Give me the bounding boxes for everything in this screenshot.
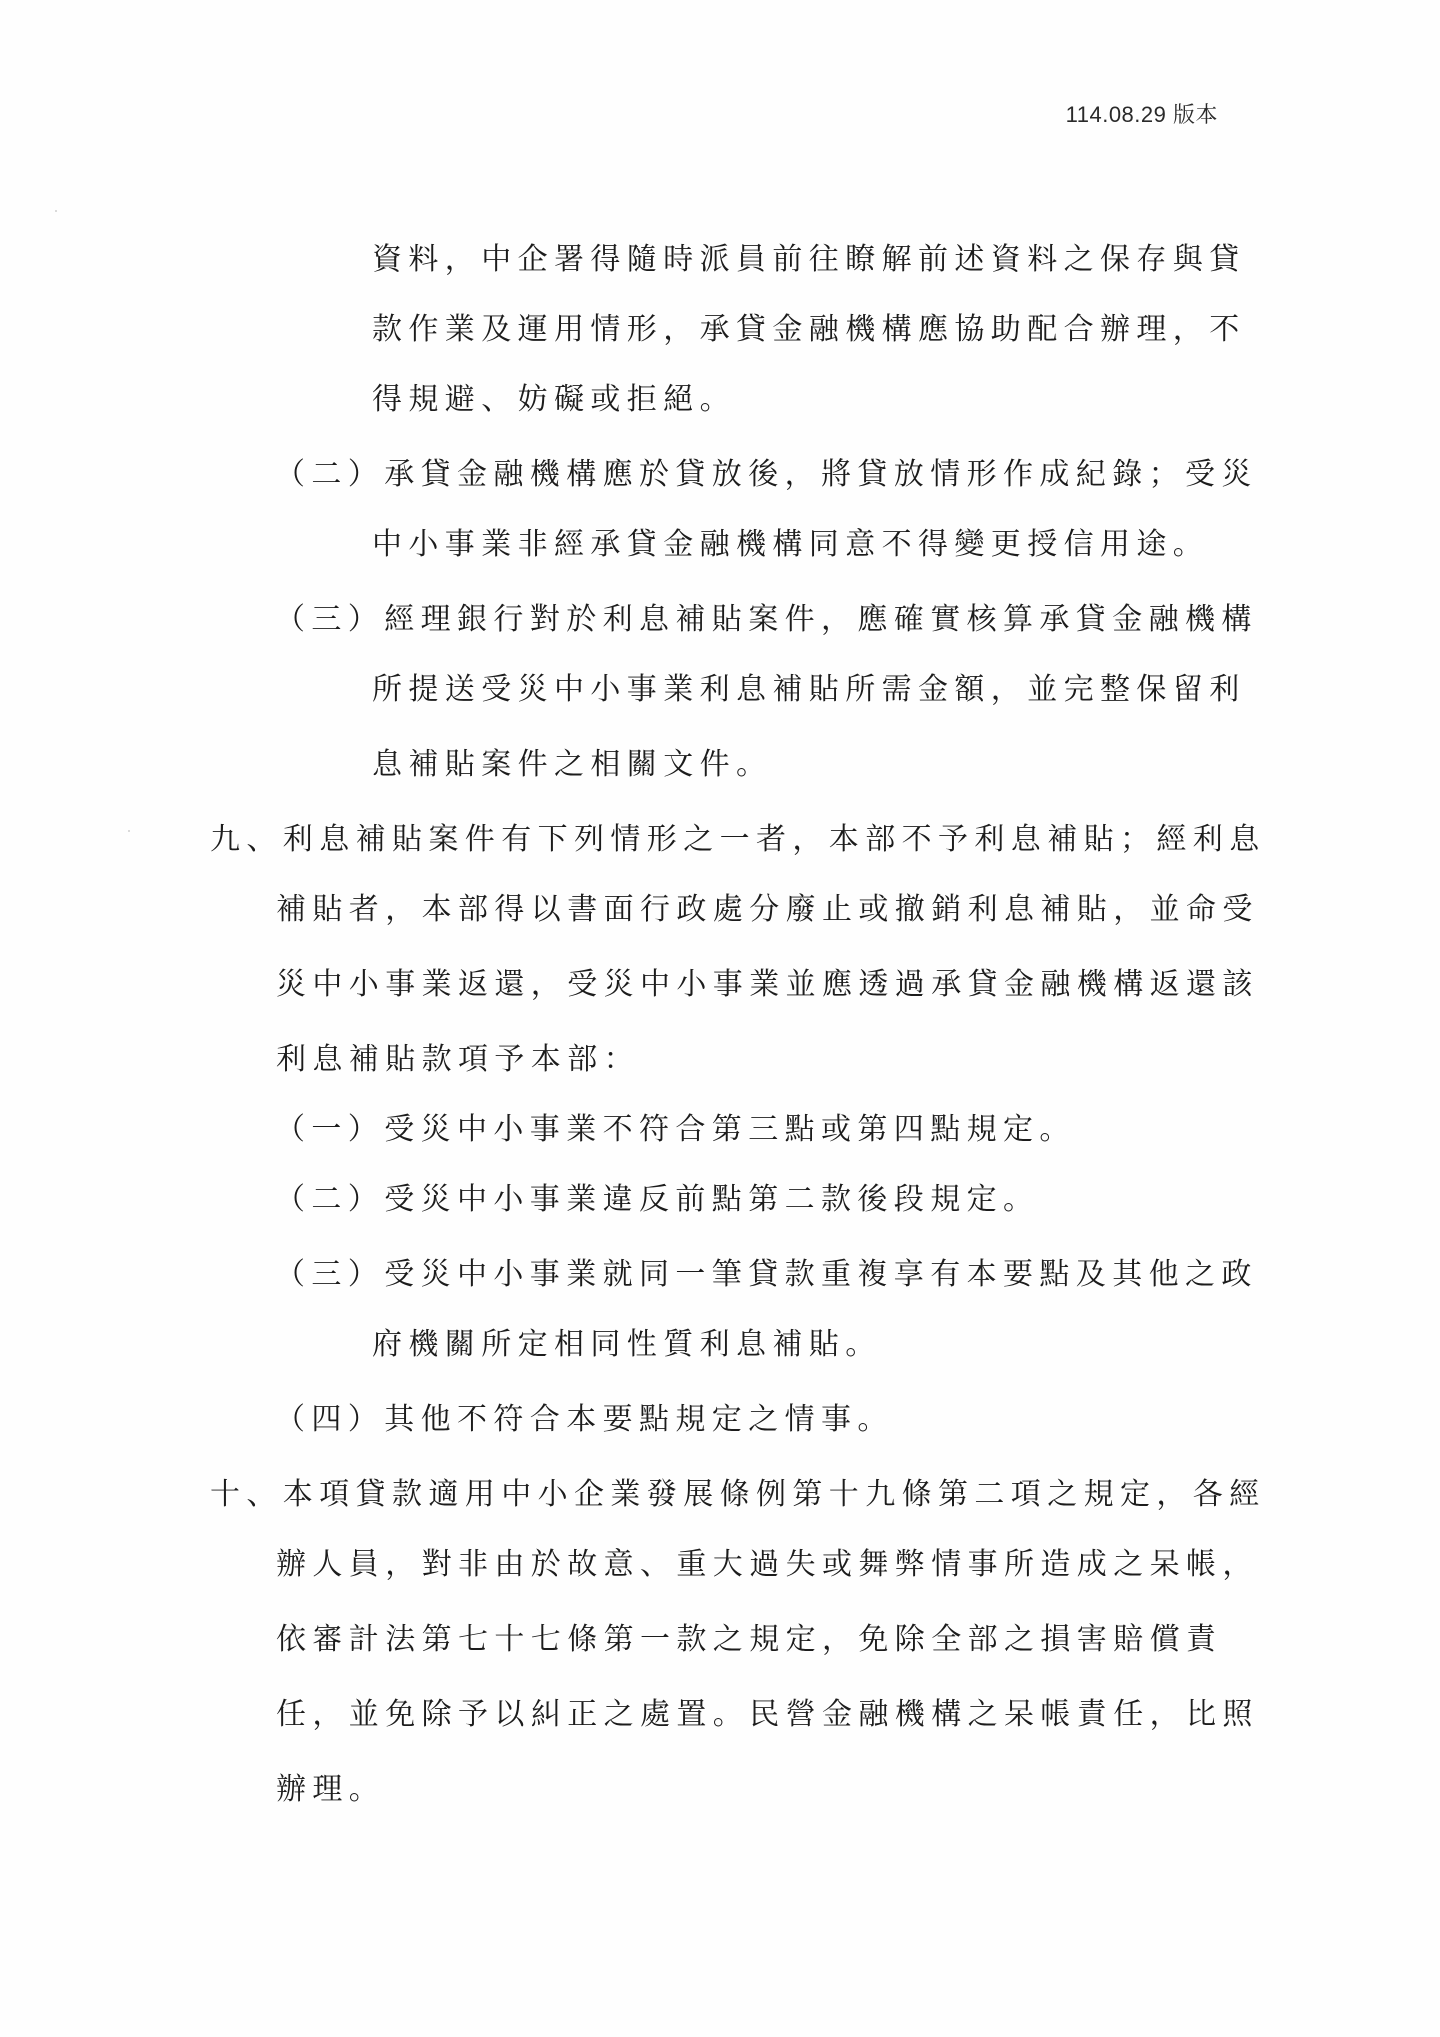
paragraph-line: 府機關所定相同性質利息補貼。 [372,1325,882,1365]
sub-item-9-4: （四）其他不符合本要點規定之情事。 [275,1400,894,1440]
document-page: 114.08.29 版本 資料，中企署得隨時派員前往瞭解前述資料之保存與貸 款作… [0,0,1440,2037]
paragraph-line: 任，並免除予以糾正之處置。民營金融機構之呆帳責任，比照 [276,1695,1259,1735]
paragraph-line: 辦理。 [276,1770,385,1810]
paragraph-line: 所提送受災中小事業利息補貼所需金額，並完整保留利 [372,670,1246,710]
sub-item-2: （二）承貸金融機構應於貸放後，將貸放情形作成紀錄；受災 [275,455,1258,495]
version-label: 114.08.29 版本 [1066,98,1218,129]
section-item-10: 十、本項貸款適用中小企業發展條例第十九條第二項之規定，各經 [210,1475,1266,1515]
paragraph-line: 利息補貼款項予本部： [276,1040,640,1080]
sub-item-9-1: （一）受災中小事業不符合第三點或第四點規定。 [275,1110,1076,1150]
paragraph-line: 資料，中企署得隨時派員前往瞭解前述資料之保存與貸 [372,240,1246,280]
scan-speck [128,830,130,832]
scan-speck [55,210,57,212]
section-item-9: 九、利息補貼案件有下列情形之一者，本部不予利息補貼；經利息 [210,820,1266,860]
sub-item-3: （三）經理銀行對於利息補貼案件，應確實核算承貸金融機構 [275,600,1258,640]
paragraph-line: 款作業及運用情形，承貸金融機構應協助配合辦理，不 [372,310,1246,350]
paragraph-line: 得規避、妨礙或拒絕。 [372,380,736,420]
sub-item-9-3: （三）受災中小事業就同一筆貸款重複享有本要點及其他之政 [275,1255,1258,1295]
paragraph-line: 中小事業非經承貸金融機構同意不得變更授信用途。 [372,525,1209,565]
paragraph-line: 辦人員，對非由於故意、重大過失或舞弊情事所造成之呆帳， [276,1545,1259,1585]
sub-item-9-2: （二）受災中小事業違反前點第二款後段規定。 [275,1180,1039,1220]
paragraph-line: 依審計法第七十七條第一款之規定，免除全部之損害賠償責 [276,1620,1222,1660]
paragraph-line: 息補貼案件之相關文件。 [372,745,772,785]
paragraph-line: 災中小事業返還，受災中小事業並應透過承貸金融機構返還該 [276,965,1259,1005]
paragraph-line: 補貼者，本部得以書面行政處分廢止或撤銷利息補貼，並命受 [276,890,1259,930]
